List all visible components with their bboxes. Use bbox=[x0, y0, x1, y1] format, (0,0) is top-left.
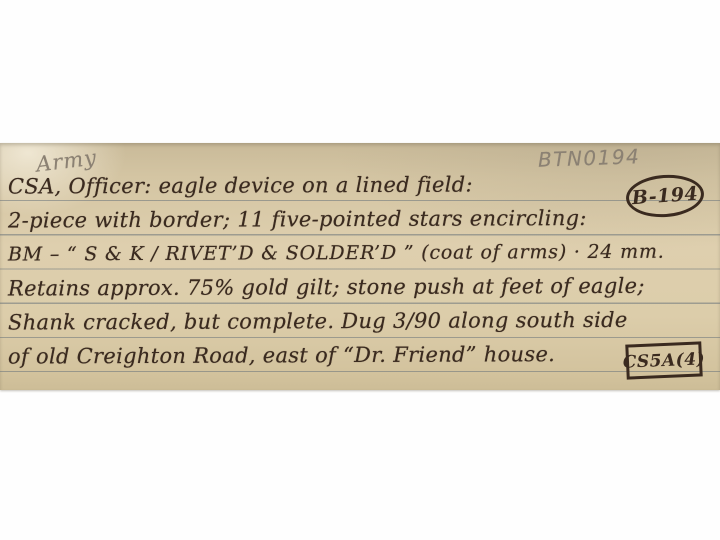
handwritten-line-2: 2-piece with border; 11 five-pointed sta… bbox=[8, 202, 714, 239]
handwritten-line-6: of old Creighton Road, east of “Dr. Frie… bbox=[8, 338, 714, 375]
scan-background: Army BTN0194 B-194 CSA, Officer: eagle d… bbox=[0, 0, 720, 540]
handwritten-line-3-backmark: BM – “ S & K / RIVET’D & SOLDER’D ” (coa… bbox=[8, 236, 714, 273]
handwritten-line-1: CSA, Officer: eagle device on a lined fi… bbox=[8, 168, 714, 205]
pencil-note-catalog-number: BTN0194 bbox=[538, 144, 641, 172]
boxed-reference-code: CS5A(4) bbox=[625, 341, 702, 379]
handwritten-line-4: Retains approx. 75% gold gilt; stone pus… bbox=[8, 270, 714, 307]
index-card: Army BTN0194 B-194 CSA, Officer: eagle d… bbox=[0, 143, 720, 390]
handwritten-line-5: Shank cracked, but complete. Dug 3/90 al… bbox=[8, 304, 714, 341]
